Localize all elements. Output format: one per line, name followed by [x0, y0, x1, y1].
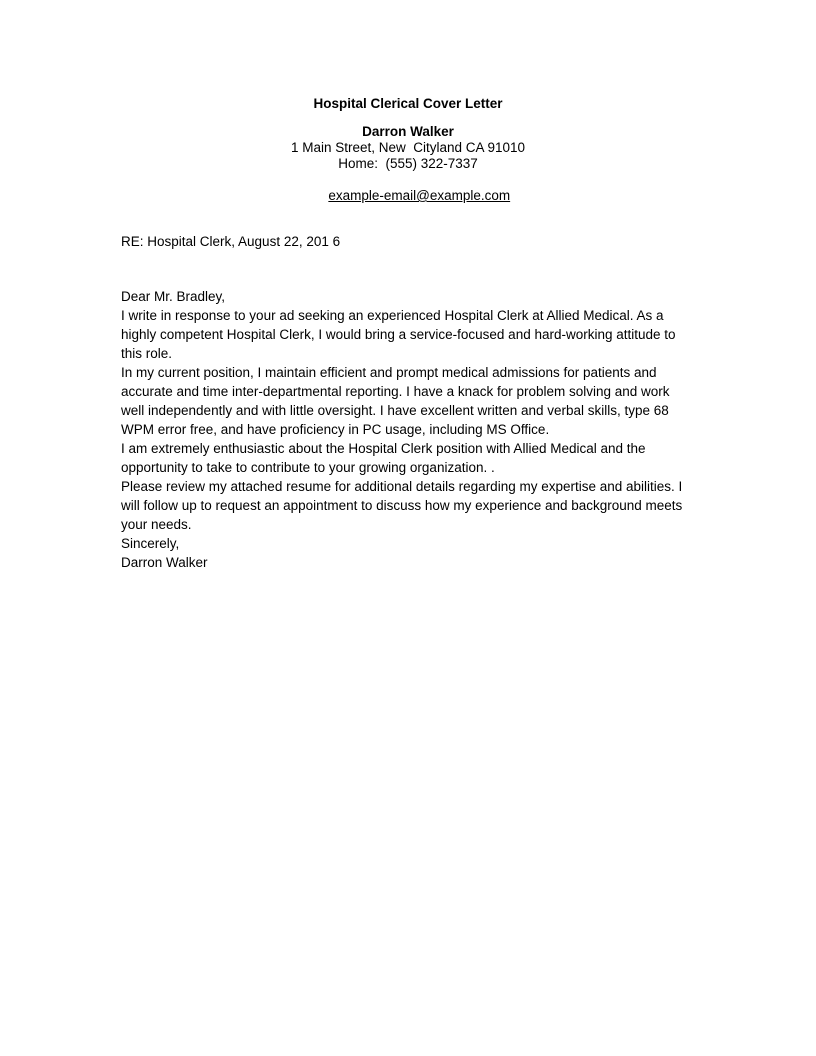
- body-paragraph-2: In my current position, I maintain effic…: [121, 363, 695, 439]
- sender-phone: Home: (555) 322-7337: [121, 156, 695, 172]
- sender-email-line: example-email@example.com: [121, 172, 695, 220]
- cover-letter-page: Hospital Clerical Cover Letter Darron Wa…: [0, 0, 816, 1056]
- subject-line: RE: Hospital Clerk, August 22, 201 6: [121, 232, 695, 251]
- body-paragraph-3: I am extremely enthusiastic about the Ho…: [121, 439, 695, 477]
- signature: Darron Walker: [121, 553, 695, 572]
- sender-name: Darron Walker: [121, 124, 695, 140]
- body-paragraph-4: Please review my attached resume for add…: [121, 477, 695, 534]
- sender-header: Darron Walker 1 Main Street, New Citylan…: [121, 124, 695, 220]
- sender-address: 1 Main Street, New Cityland CA 91010: [121, 140, 695, 156]
- salutation: Dear Mr. Bradley,: [121, 287, 695, 306]
- letter-title: Hospital Clerical Cover Letter: [121, 94, 695, 113]
- sender-email-link[interactable]: example-email@example.com: [328, 188, 510, 203]
- body-paragraph-1: I write in response to your ad seeking a…: [121, 306, 695, 363]
- closing: Sincerely,: [121, 534, 695, 553]
